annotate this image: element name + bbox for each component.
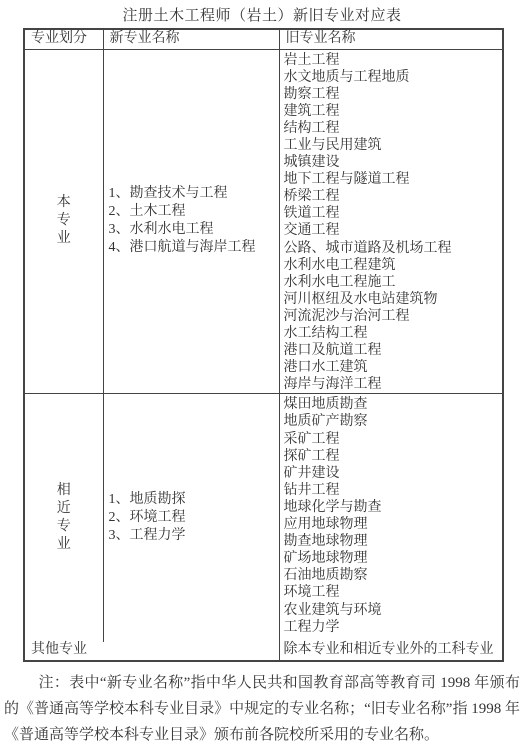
old-major-item: 采矿工程 <box>284 431 501 448</box>
old-major-item: 公路、城市道路及机场工程 <box>284 240 501 257</box>
old-major-item: 桥梁工程 <box>284 188 501 205</box>
new-major-item: 1、勘查技术与工程 <box>109 185 279 203</box>
old-major-item: 应用地球物理 <box>284 516 501 533</box>
table-row-xiangjin: 相近专业 1、地质勘探2、环境工程3、工程力学 煤田地质勘查地质矿产勘察采矿工程… <box>24 394 503 642</box>
new-majors-cell-xiangjin: 1、地质勘探2、环境工程3、工程力学 <box>103 394 279 642</box>
old-major-item: 港口及航道工程 <box>284 342 501 359</box>
old-major-item: 水工结构工程 <box>284 325 501 342</box>
old-major-item: 海岸与海洋工程 <box>284 376 501 393</box>
category-cell-benzhuanye: 本专业 <box>24 49 103 394</box>
new-major-item: 2、环境工程 <box>109 509 279 527</box>
old-major-item: 岩土工程 <box>284 52 501 69</box>
old-major-item: 铁道工程 <box>284 205 501 222</box>
col-header-category: 专业划分 <box>24 29 103 49</box>
old-major-item: 勘查地球物理 <box>284 533 501 550</box>
old-major-item: 煤田地质勘查 <box>284 396 501 413</box>
old-major-item: 钻井工程 <box>284 482 501 499</box>
new-majors-cell-benzhuanye: 1、勘查技术与工程2、土木工程3、水利水电工程4、港口航道与海岸工程 <box>103 49 279 394</box>
old-major-item: 农业建筑与环境 <box>284 602 501 619</box>
old-major-item: 城镇建设 <box>284 154 501 171</box>
old-major-item: 工业与民用建筑 <box>284 137 501 154</box>
category-cell-xiangjin: 相近专业 <box>24 394 103 642</box>
old-major-item: 河川枢纽及水电站建筑物 <box>284 291 501 308</box>
old-major-item: 勘察工程 <box>284 86 501 103</box>
old-major-item: 水文地质与工程地质 <box>284 69 501 86</box>
new-major-item: 2、土木工程 <box>109 203 279 221</box>
old-major-cell-qita: 除本专业和相近专业外的工科专业 <box>279 642 503 661</box>
old-major-item: 地球化学与勘查 <box>284 499 501 516</box>
old-major-item: 交通工程 <box>284 222 501 239</box>
old-major-item: 环境工程 <box>284 584 501 601</box>
page-title: 注册土木工程师（岩土）新旧专业对应表 <box>0 7 524 25</box>
old-major-item: 地下工程与隧道工程 <box>284 171 501 188</box>
old-major-item: 探矿工程 <box>284 448 501 465</box>
col-header-old-major: 旧专业名称 <box>279 29 503 49</box>
old-major-item: 河流泥沙与治河工程 <box>284 308 501 325</box>
category-label-xiangjin: 相近专业 <box>57 482 71 554</box>
old-major-item: 港口水工建筑 <box>284 359 501 376</box>
footnote: 注：表中“新专业名称”指中华人民共和国教育部高等教育司 1998 年颁布的《普通… <box>4 670 520 748</box>
old-majors-list: 煤田地质勘查地质矿产勘察采矿工程探矿工程矿井建设钻井工程地球化学与勘查应用地球物… <box>284 396 501 635</box>
old-majors-cell-benzhuanye: 岩土工程水文地质与工程地质勘察工程建筑工程结构工程工业与民用建筑城镇建设地下工程… <box>279 49 503 394</box>
old-major-item: 石油地质勘察 <box>284 567 501 584</box>
new-major-item: 3、工程力学 <box>109 527 279 545</box>
category-cell-qita: 其他专业 <box>24 642 279 661</box>
new-major-item: 1、地质勘探 <box>109 491 279 509</box>
new-majors-list: 1、勘查技术与工程2、土木工程3、水利水电工程4、港口航道与海岸工程 <box>109 185 279 257</box>
category-label-benzhuanye: 本专业 <box>57 194 71 248</box>
new-major-item: 3、水利水电工程 <box>109 221 279 239</box>
old-major-item: 水利水电工程建筑 <box>284 257 501 274</box>
col-header-new-major: 新专业名称 <box>103 29 279 49</box>
table-header-row: 专业划分 新专业名称 旧专业名称 <box>24 29 503 49</box>
document-page: 注册土木工程师（岩土）新旧专业对应表 专业划分 新专业名称 旧专业名称 本专业 … <box>0 0 524 755</box>
old-major-item: 结构工程 <box>284 120 501 137</box>
old-major-item: 矿井建设 <box>284 465 501 482</box>
old-major-item: 建筑工程 <box>284 103 501 120</box>
old-major-item: 矿场地球物理 <box>284 550 501 567</box>
old-major-item: 地质矿产勘察 <box>284 413 501 430</box>
new-major-item: 4、港口航道与海岸工程 <box>109 239 279 257</box>
correspondence-table: 专业划分 新专业名称 旧专业名称 本专业 1、勘查技术与工程2、土木工程3、水利… <box>23 28 504 662</box>
table-row-benzhuanye: 本专业 1、勘查技术与工程2、土木工程3、水利水电工程4、港口航道与海岸工程 岩… <box>24 49 503 394</box>
new-majors-list: 1、地质勘探2、环境工程3、工程力学 <box>109 491 279 545</box>
old-majors-cell-xiangjin: 煤田地质勘查地质矿产勘察采矿工程探矿工程矿井建设钻井工程地球化学与勘查应用地球物… <box>279 394 503 642</box>
old-majors-list: 岩土工程水文地质与工程地质勘察工程建筑工程结构工程工业与民用建筑城镇建设地下工程… <box>284 52 501 394</box>
old-major-item: 工程力学 <box>284 619 501 636</box>
old-major-item: 水利水电工程施工 <box>284 274 501 291</box>
table-row-qita: 其他专业 除本专业和相近专业外的工科专业 <box>24 642 503 661</box>
